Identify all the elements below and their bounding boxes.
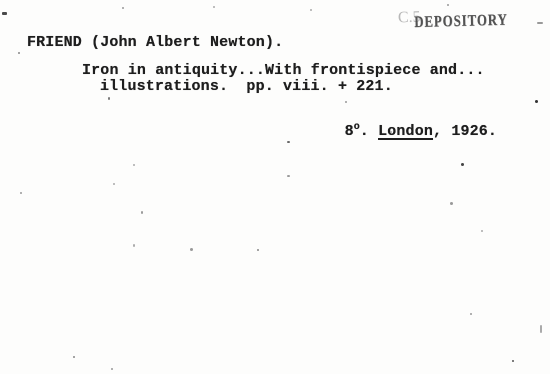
heading-author: FRIEND (John Albert Newton). [27,35,283,51]
publication-date: , 1926. [433,123,497,140]
scan-speck [535,100,538,103]
depository-stamp-label: DEPOSITORY [414,12,508,32]
scan-speck [470,313,472,315]
scan-speck [345,101,347,103]
scan-speck [2,12,7,15]
publication-place: London [378,123,433,140]
scan-speck [310,9,312,11]
scan-speck [461,163,464,166]
scan-speck [512,360,514,362]
scan-speck [111,368,113,370]
depository-stamp: C.5 DEPOSITORY [398,8,548,40]
scan-speck [287,141,290,143]
scan-speck [257,249,259,251]
format-notation: 8 [345,123,354,140]
scan-speck [18,52,20,54]
scan-speck [287,175,290,177]
scan-speck [540,325,542,333]
scan-speck [190,248,193,251]
scan-speck [390,131,392,133]
scan-speck [141,211,143,214]
scan-speck [73,356,75,358]
scan-speck [450,202,453,205]
scan-speck [113,183,115,185]
scan-speck [213,6,215,8]
scan-speck [481,230,483,232]
scan-speck [537,22,543,24]
catalog-card: C.5 DEPOSITORY FRIEND (John Albert Newto… [0,0,550,374]
title-line-2: illustrations. pp. viii. + 221. [100,79,393,95]
scan-speck [447,4,449,6]
scan-speck [133,244,135,247]
scan-speck [108,97,110,100]
scan-speck [133,164,135,166]
format-separator: . [360,123,378,140]
imprint-line: 8o. London, 1926. [308,108,497,156]
title-line-1: Iron in antiquity...With frontispiece an… [82,63,485,79]
scan-speck [20,192,22,194]
scan-speck [122,7,124,9]
